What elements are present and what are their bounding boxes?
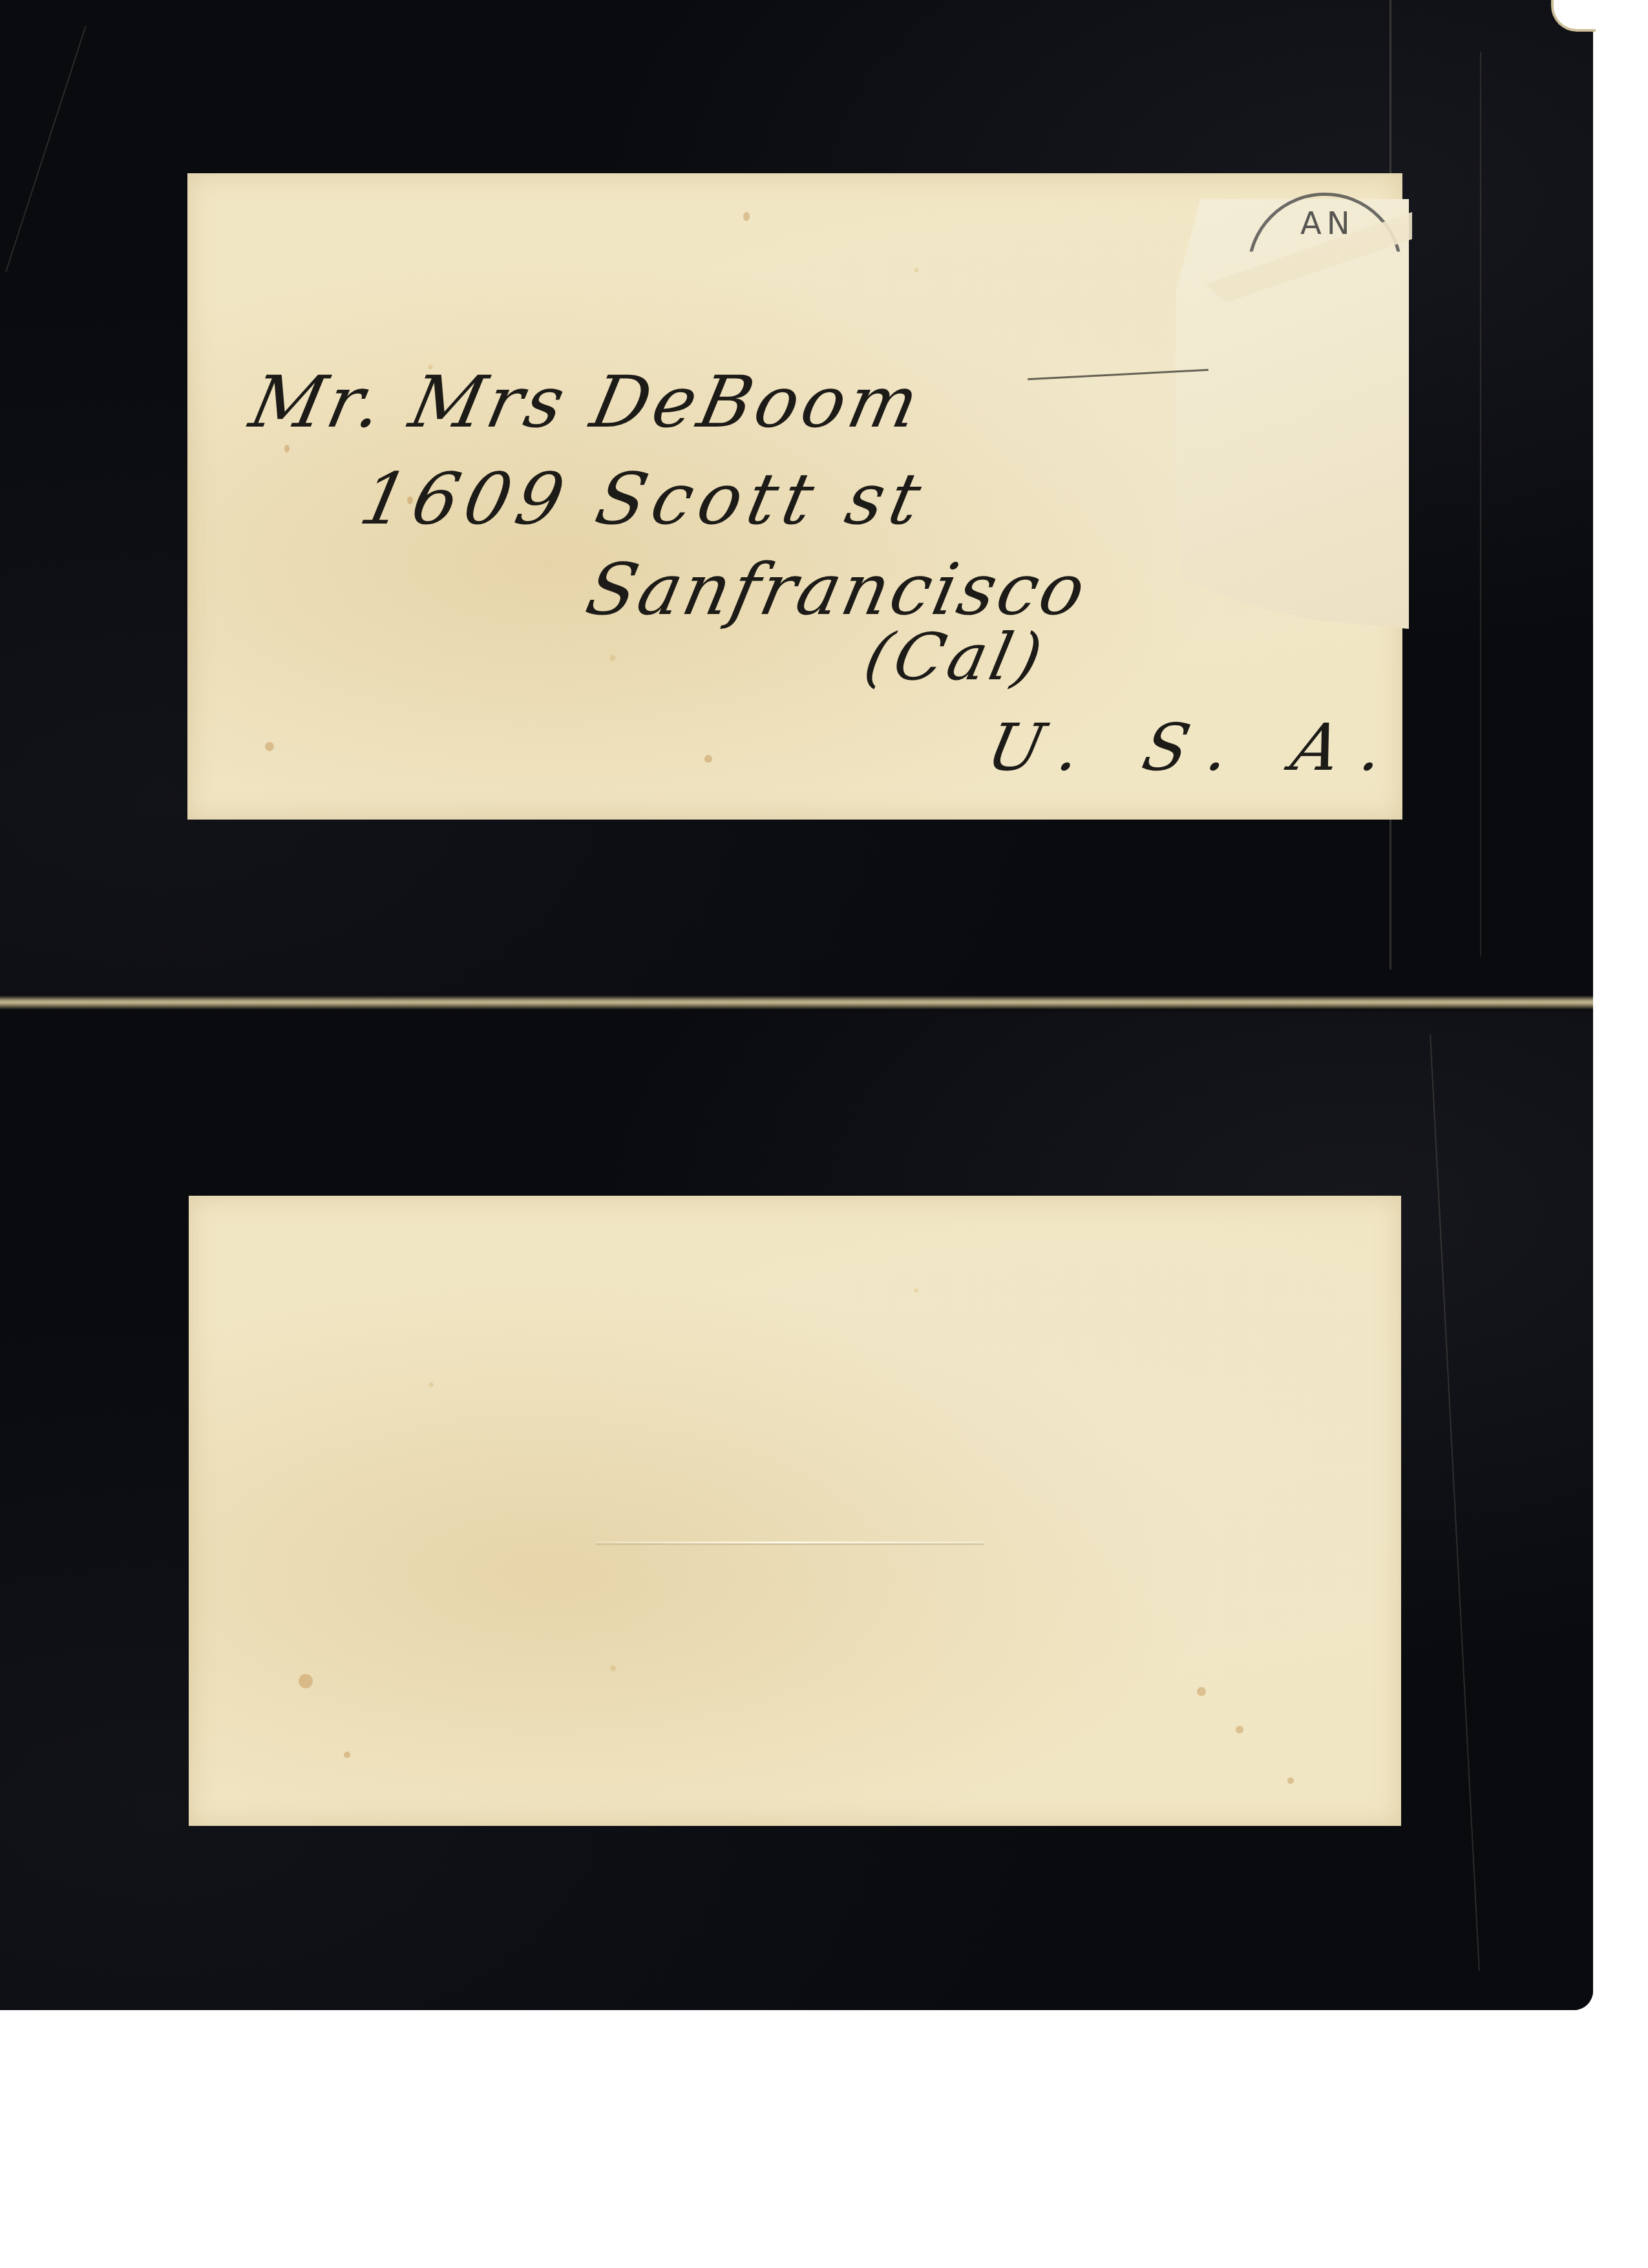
address-recipient: Mr. Mrs DeBoom: [243, 361, 929, 443]
foxing-stain: [1236, 1726, 1243, 1733]
foxing-stain: [1287, 1777, 1294, 1784]
foxing-stain: [743, 212, 750, 221]
address-panel-front: AN Mr. Mrs DeBoom 1609 Scott st Sanfranc…: [187, 173, 1402, 820]
foxing-stain: [344, 1752, 350, 1758]
foxing-stain: [284, 445, 290, 452]
envelope-back-panel: [189, 1196, 1401, 1826]
address-street: 1609 Scott st: [353, 458, 934, 540]
fold-crease: [0, 995, 1593, 1010]
flap-crease: [596, 1542, 984, 1543]
foxing-stain: [265, 742, 274, 751]
address-city: Sanfrancisco: [579, 548, 1095, 631]
address-state: (Cal): [858, 619, 1053, 695]
foxing-stain: [1197, 1687, 1206, 1696]
foxing-stain: [299, 1674, 313, 1688]
foxing-stain: [704, 755, 712, 763]
paper-crack: [1480, 52, 1481, 957]
address-country: U. S. A.: [981, 710, 1413, 785]
